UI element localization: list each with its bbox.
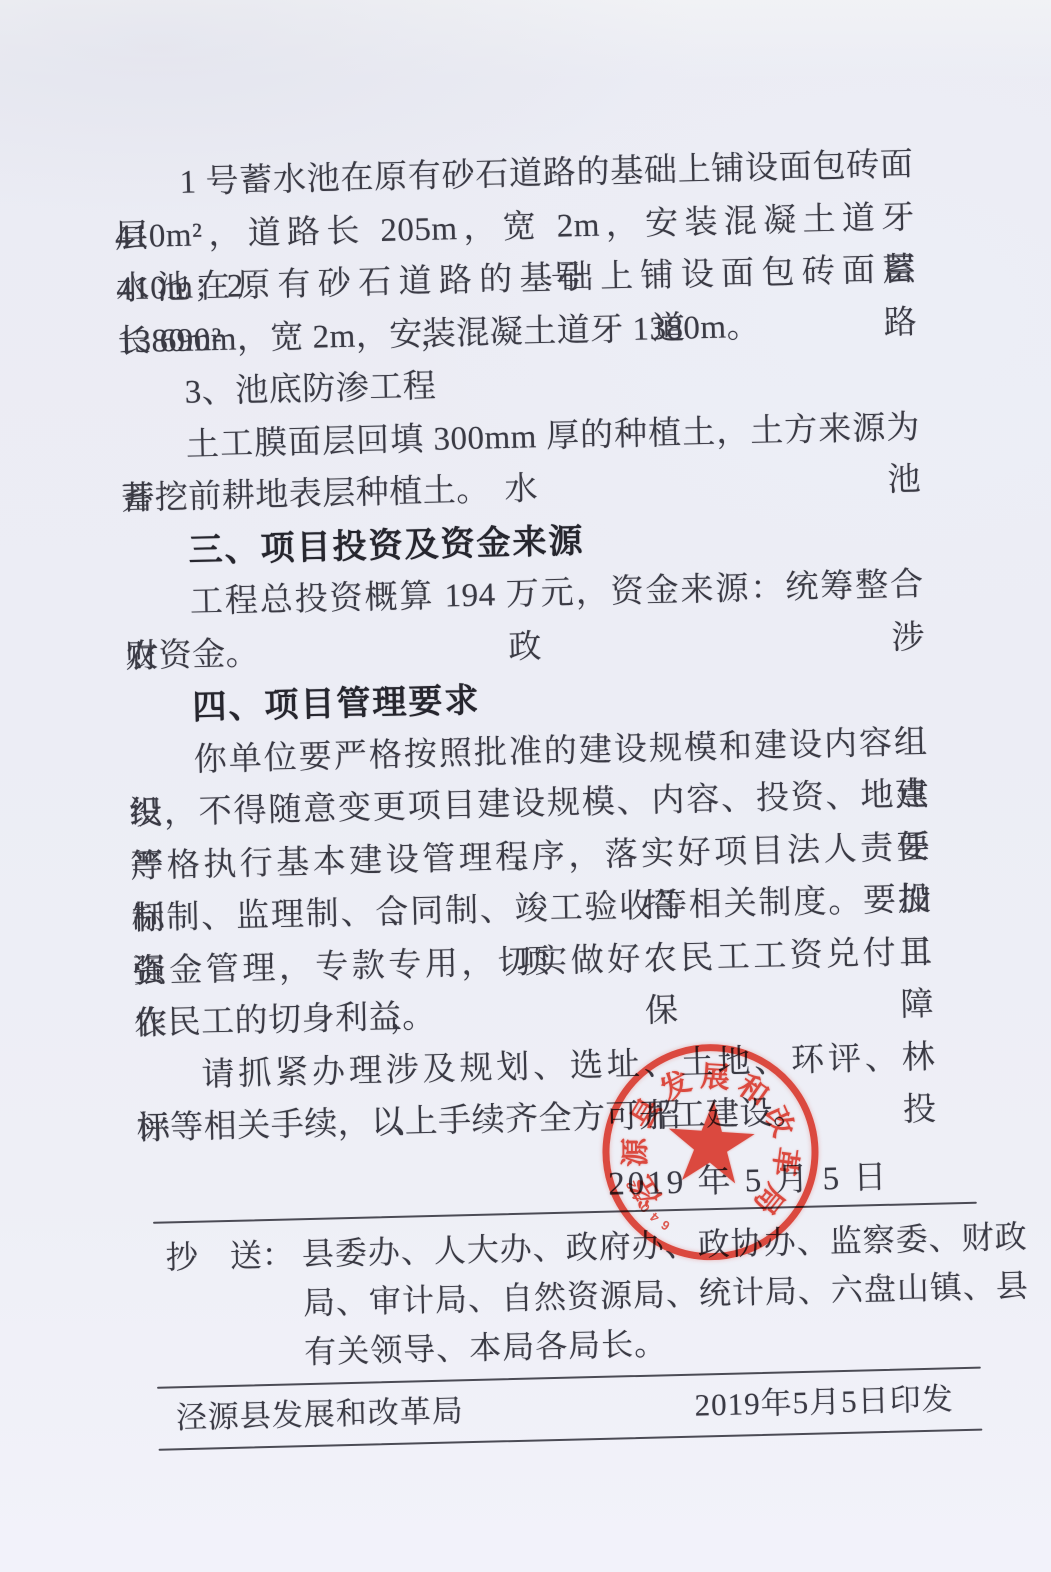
print-date: 2019年5月5日印发 [694,1377,954,1427]
cc-list: 县委办、人大办、政府办、政协办、监察委、财政局、审计局、自然资源局、统计局、六盘… [301,1212,1030,1377]
document-footer: 抄 送： 县委办、人大办、政府办、政协办、监察委、财政局、审计局、自然资源局、统… [153,1201,982,1450]
document-body: 1 号蓄水池在原有砂石道路的基础上铺设面包砖面层410m²，道路长 205m，宽… [113,139,937,1156]
document-content: 1 号蓄水池在原有砂石道路的基础上铺设面包砖面层410m²，道路长 205m，宽… [113,139,944,1451]
issuer-name: 泾源县发展和改革局 [175,1389,464,1440]
cc-block: 抄 送： 县委办、人大办、政府办、政协办、监察委、财政局、审计局、自然资源局、统… [153,1203,981,1386]
issue-date: 2019 年 5 月 5 日 [608,1150,939,1210]
cc-label: 抄 送： [165,1230,305,1380]
scanned-document-page: 1 号蓄水池在原有砂石道路的基础上铺设面包砖面层410m²，道路长 205m，宽… [0,0,1051,1572]
